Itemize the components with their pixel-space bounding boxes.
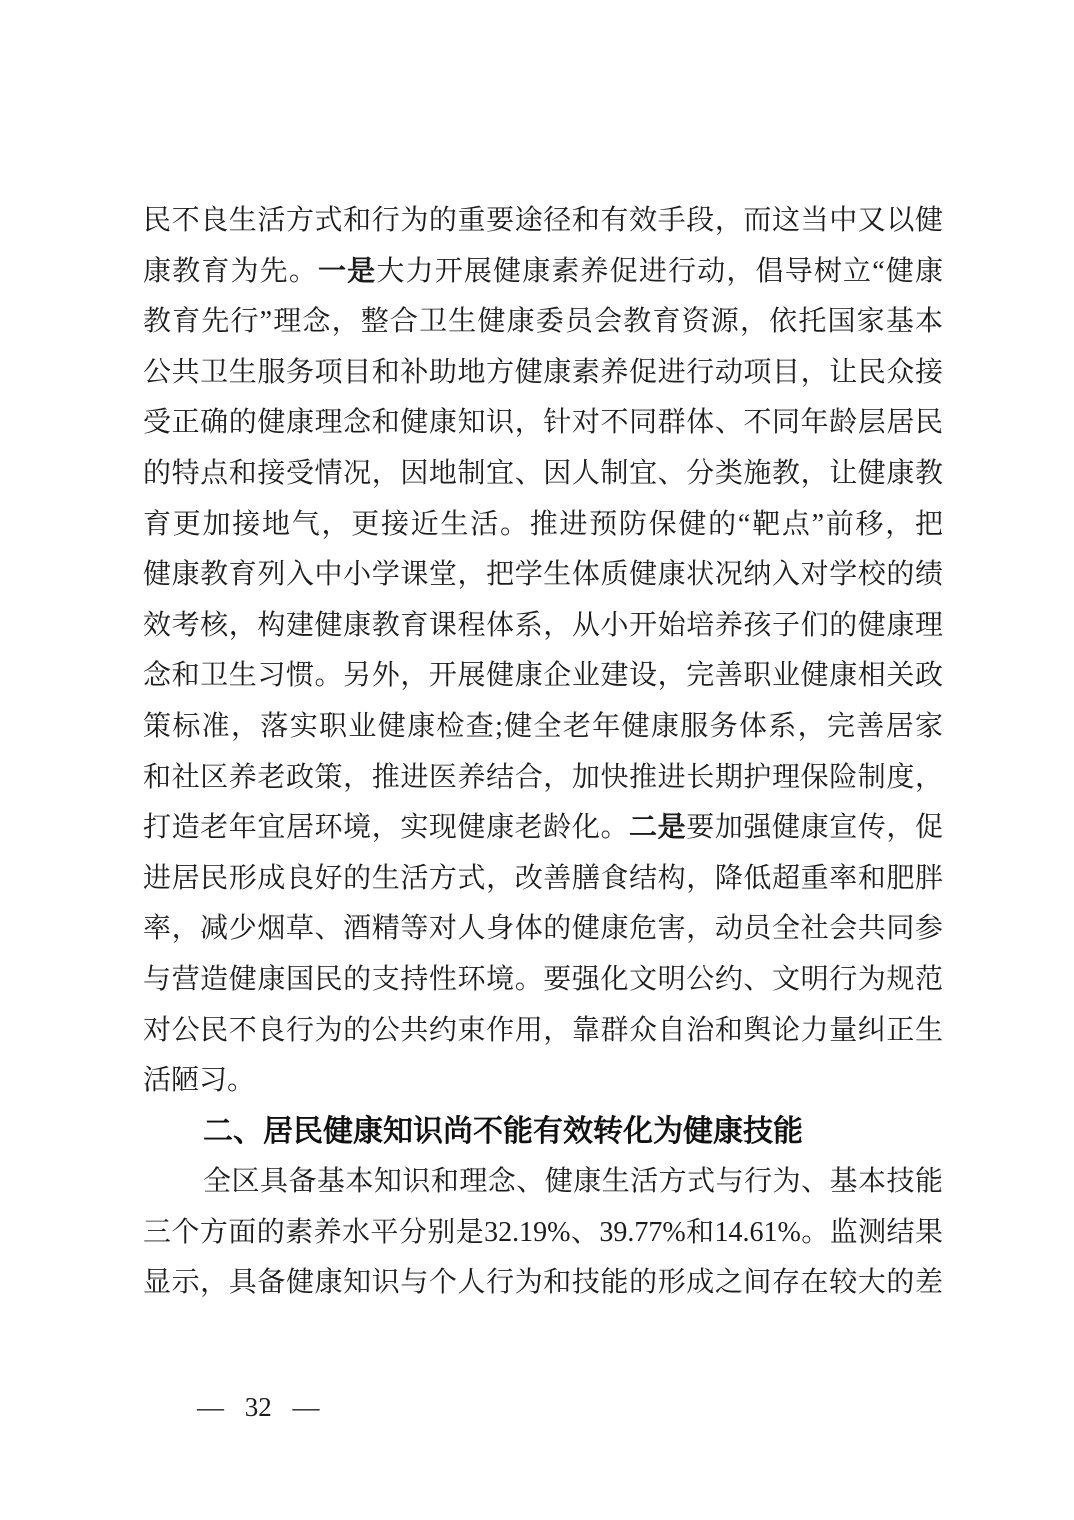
text-line: 受正确的健康理念和健康知识，针对不同群体、不同年龄层居民 [143,398,943,449]
text-segment: 要加强健康宣传，促 [686,812,943,843]
text-line: 教育先行”理念，整合卫生健康委员会教育资源，依托国家基本 [143,297,943,348]
text-line: 公共卫生服务项目和补助地方健康素养促进行动项目，让民众接 [143,348,943,399]
text-line: 健康教育列入中小学课堂，把学生体质健康状况纳入对学校的绩 [143,550,943,601]
text-line: 育更加接地气，更接近生活。推进预防保健的“靶点”前移，把 [143,500,943,551]
text-segment: 康教育为先。 [143,256,318,287]
text-line: 对公民不良行为的公共约束作用，靠群众自治和舆论力量纠正生 [143,1006,943,1057]
text-line: 康教育为先。一是大力开展健康素养促进行动，倡导树立“健康 [143,247,943,298]
page-number: — 32 — [197,1392,320,1423]
text-line: 民不良生活方式和行为的重要途径和有效手段，而这当中又以健 [143,196,943,247]
text-line: 率，减少烟草、酒精等对人身体的健康危害，动员全社会共同参 [143,904,943,955]
paragraph-last-line: 活陋习。 [143,1056,943,1107]
text-line: 念和卫生习惯。另外，开展健康企业建设，完善职业健康相关政 [143,651,943,702]
bold-emphasis-ershi: 二是 [629,812,686,843]
body-text: 民不良生活方式和行为的重要途径和有效手段，而这当中又以健 康教育为先。一是大力开… [143,196,943,1309]
text-line: 三个方面的素养水平分别是32.19%、39.77%和14.61%。监测结果 [143,1208,943,1259]
text-line: 打造老年宜居环境，实现健康老龄化。二是要加强健康宣传，促 [143,803,943,854]
text-line: 的特点和接受情况，因地制宜、因人制宜、分类施教，让健康教 [143,449,943,500]
text-line: 全区具备基本知识和理念、健康生活方式与行为、基本技能 [143,1157,943,1208]
section-heading: 二、居民健康知识尚不能有效转化为健康技能 [143,1107,943,1158]
text-line: 策标准，落实职业健康检查;健全老年健康服务体系，完善居家 [143,702,943,753]
text-line: 进居民形成良好的生活方式，改善膳食结构，降低超重率和肥胖 [143,854,943,905]
text-segment: 大力开展健康素养促进行动，倡导树立“健康 [376,256,943,287]
bold-emphasis-yishi: 一是 [318,256,376,287]
text-line: 和社区养老政策，推进医养结合，加快推进长期护理保险制度， [143,753,943,804]
text-segment: 打造老年宜居环境，实现健康老龄化。 [143,812,629,843]
text-line: 与营造健康国民的支持性环境。要强化文明公约、文明行为规范 [143,955,943,1006]
document-page: 民不良生活方式和行为的重要途径和有效手段，而这当中又以健 康教育为先。一是大力开… [0,0,1074,1520]
text-line: 显示，具备健康知识与个人行为和技能的形成之间存在较大的差 [143,1258,943,1309]
text-line: 效考核，构建健康教育课程体系，从小开始培养孩子们的健康理 [143,601,943,652]
